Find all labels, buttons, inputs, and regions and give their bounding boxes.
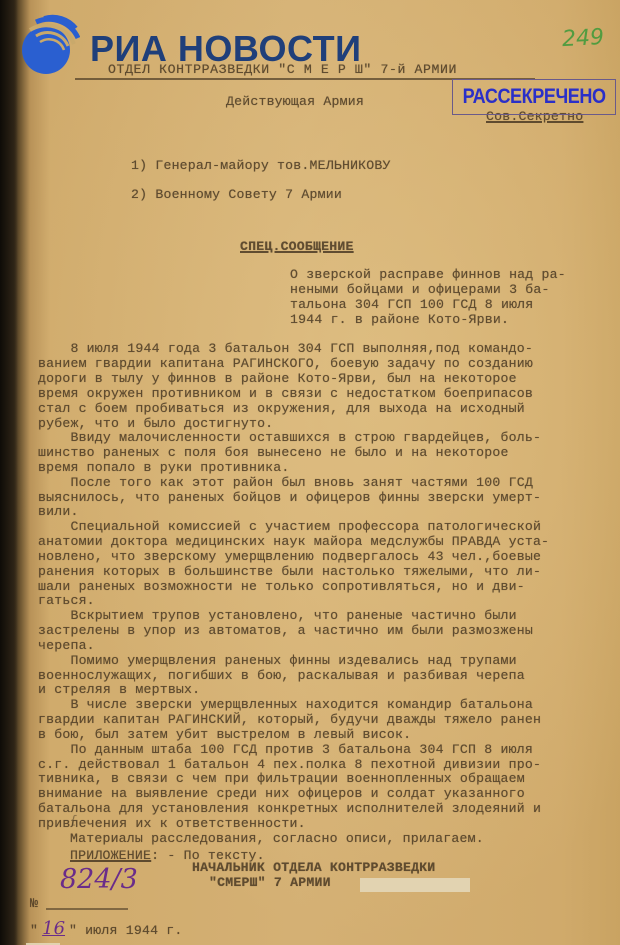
army-label: Действующая Армия [226, 94, 364, 110]
body-line: По данным штаба 100 ГСД против 3 батальо… [38, 742, 533, 758]
number-underline [46, 908, 128, 910]
body-line: черепа. [38, 638, 95, 654]
body-line: Ввиду малочисленности оставшихся в строю… [38, 430, 541, 446]
binding-edge [0, 0, 18, 945]
body-line: время попало в руки противника. [38, 460, 290, 476]
stamp-text: РАССЕКРЕЧЕНО [463, 85, 606, 109]
recipient-2: 2) Военному Совету 7 Армии [131, 187, 342, 203]
body-line: тивника, в связи с чем при фильтрации во… [38, 771, 525, 787]
body-line: новлено, что зверскому умерщвлению подве… [38, 549, 541, 565]
date-day: 16 [42, 918, 65, 939]
body-line: стал с боем пробиваться из окружения, дл… [38, 401, 525, 417]
document-date: " 16 " июля 1944 г. [30, 918, 183, 939]
subject-line-2: неными бойцами и офицерами 3 ба- [290, 282, 550, 298]
date-month-year: июля 1944 г. [85, 923, 182, 939]
subject-line-3: тальона 304 ГСП 100 ГСД 8 июля [290, 297, 533, 313]
recipient-1: 1) Генерал-майору тов.МЕЛЬНИКОВУ [131, 158, 391, 174]
date-quote-open: " [30, 923, 38, 939]
body-line: в бою, был затем убит выстрелом в левый … [38, 727, 411, 743]
redacted-signature [360, 878, 470, 892]
body-line: выяснилось, что раненых бойцов и офицеро… [38, 490, 541, 506]
body-line: шинство раненых с поля боя вынесено не б… [38, 445, 509, 461]
body-line: вили. [38, 504, 79, 520]
body-line: гаться. [38, 593, 95, 609]
body-line: дороги в тылу у финнов в районе Кото-Ярв… [38, 371, 517, 387]
body-line: Специальной комиссией с участием професс… [38, 519, 541, 535]
subject-line-4: 1944 г. в районе Кото-Ярви. [290, 312, 509, 328]
body-line: время окружен противником и в связи с не… [38, 386, 533, 402]
body-line: Вскрытием трупов установлено, что ранены… [38, 608, 517, 624]
ria-globe-icon [16, 14, 80, 78]
number-prefix: № [30, 896, 38, 912]
signature-unit: "СМЕРШ" 7 АРМИИ [209, 875, 331, 891]
body-line: Помимо умерщвления раненых финны издевал… [38, 653, 517, 669]
declassified-stamp: РАССЕКРЕЧЕНО [452, 79, 616, 115]
date-quote-close: " [69, 923, 77, 939]
margin-note: { [70, 813, 77, 829]
attachment-line-1: Материалы расследования, согласно описи,… [70, 831, 484, 847]
body-line: ванием гвардии капитана РАГИНСКОГО, боев… [38, 356, 533, 372]
body-line: В числе зверски умерщвленных находится к… [38, 697, 533, 713]
department-header: ОТДЕЛ КОНТРРАЗВЕДКИ "С М Е Р Ш" 7-й АРМИ… [108, 62, 457, 78]
body-line: застрелены в упор из автоматов, а частич… [38, 623, 533, 639]
attachment-label: ПРИЛОЖЕНИЕ [70, 848, 151, 863]
body-line: После того как этот район был вновь заня… [38, 475, 533, 491]
signature-title: НАЧАЛЬНИК ОТДЕЛА КОНТРРАЗВЕДКИ [192, 860, 435, 876]
body-line: анатомии доктора медицинских наук майора… [38, 534, 549, 550]
archive-page-number: 249 [561, 25, 604, 52]
outgoing-number: 824/3 [60, 864, 138, 895]
body-line: 8 июля 1944 года 3 батальон 304 ГСП выпо… [38, 341, 533, 357]
body-line: ранения которых в большинстве были насто… [38, 564, 541, 580]
body-line: внимание на выявление среди них офицеров… [38, 786, 525, 802]
body-line: шали раненых возможности не только сопро… [38, 579, 525, 595]
body-line: привлечения их к ответственности. [38, 816, 306, 832]
body-line: батальона для установления конкретных ис… [38, 801, 541, 817]
body-line: и стреляя в мертвых. [38, 682, 200, 698]
body-line: гвардии капитан РАГИНСКИЙ, который, буду… [38, 712, 541, 728]
document-title: СПЕЦ.СООБЩЕНИЕ [240, 239, 354, 255]
subject-line-1: О зверской расправе финнов над ра- [290, 267, 566, 283]
